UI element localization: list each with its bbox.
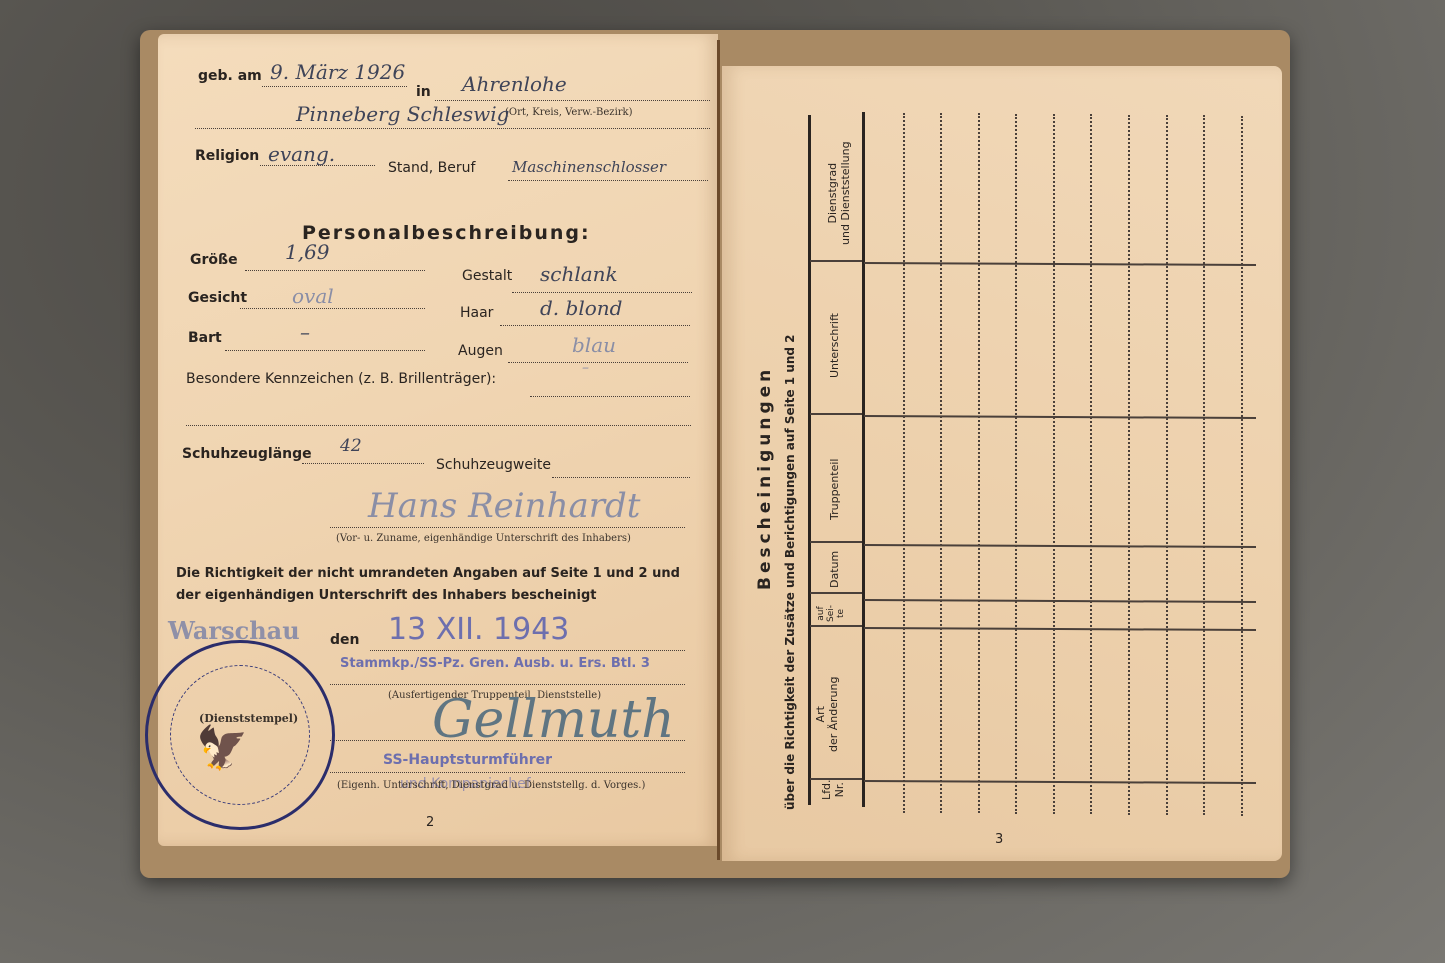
schuhzeugweite-line [552,477,690,478]
official-stamp-caption: (Dienststempel) [199,712,298,725]
col-datum: Datum [828,551,841,588]
entry-column-3 [978,113,980,813]
col-art-label-2: der Änderung [827,677,840,752]
holder-signature-caption: (Vor- u. Zuname, eigenhändige Unterschri… [336,533,631,544]
gestalt-value: schlank [540,262,618,286]
groesse-label: Größe [190,252,238,268]
table-left-border [808,115,811,805]
kennzeichen-line-2 [186,425,691,426]
officer-signature-line [330,740,685,741]
col-auf-label-2: Sei- [826,605,836,622]
header-separator [810,625,862,627]
birth-place-value-2: Pinneberg Schleswig [296,102,509,126]
col-dienstgrad-label-1: Dienstgrad [826,141,839,245]
birth-place-line-2 [195,128,710,129]
header-separator [810,541,862,543]
official-round-stamp: 🦅 [145,640,335,830]
schuhzeugweite-label: Schuhzeugweite [436,457,551,473]
kennzeichen-label: Besondere Kennzeichen (z. B. Brillenträg… [186,371,496,387]
col-dienstgrad: Dienstgrad und Dienststellung [826,141,852,245]
eagle-emblem-icon: 🦅 [196,723,248,773]
entry-column-10 [1241,116,1243,816]
birth-date-value: 9. März 1926 [270,60,405,84]
col-art-label-1: Art [814,677,827,752]
birth-place-line [435,100,710,101]
bart-line [225,350,425,351]
right-page-subtitle: über die Richtigkeit der Zusätze und Ber… [783,334,797,810]
gesicht-line [240,308,425,309]
holder-signature: Hans Reinhardt [368,486,640,526]
schuhzeuglaenge-line [302,463,424,464]
col-unterschrift: Unterschrift [828,313,841,378]
gesicht-value: oval [292,284,334,308]
col-truppenteil: Truppenteil [828,459,841,521]
unit-stamp: Stammkp./SS-Pz. Gren. Ausb. u. Ers. Btl.… [340,656,650,671]
col-dienstgrad-label-2: und Dienststellung [839,141,852,245]
right-page-number: 3 [995,832,1003,847]
haar-line [500,325,690,326]
entry-column-2 [940,113,942,813]
officer-rank-line [330,772,685,773]
groesse-value: 1,69 [285,240,330,264]
binding-stitch [717,40,720,860]
gesicht-label: Gesicht [188,290,247,306]
certification-text-2: der eigenhändigen Unterschrift des Inhab… [176,588,597,603]
bart-value: – [300,320,310,344]
gestalt-line [512,292,692,293]
header-separator [810,592,862,594]
entry-column-4 [1015,114,1017,814]
entry-column-6 [1090,114,1092,814]
certification-text-1: Die Richtigkeit der nicht umrandeten Ang… [176,566,680,581]
col-art-der-aenderung: Art der Änderung [814,677,840,752]
header-separator [810,260,862,262]
holder-signature-line [330,527,685,528]
left-page-number: 2 [426,815,434,830]
col-auf-label-3: te [836,605,846,622]
table-header-border [862,112,865,807]
augen-label: Augen [458,343,503,359]
section-title: Personalbeschreibung: [302,222,591,244]
religion-value: evang. [268,142,335,166]
entry-column-8 [1166,115,1168,815]
den-label: den [330,632,359,648]
date-stamp: 13 XII. 1943 [388,612,569,647]
col-lfd-nr: Lfd. Nr. [820,780,846,800]
gestalt-label: Gestalt [462,268,512,284]
header-separator [810,413,862,415]
entry-column-1 [903,113,905,813]
entry-column-7 [1128,115,1130,815]
schuhzeuglaenge-value: 42 [340,436,362,456]
birth-place-hint: (Ort, Kreis, Verw.-Bezirk) [505,107,633,118]
right-page-title: Bescheinigungen [755,366,775,590]
haar-label: Haar [460,305,493,321]
officer-signature: Gellmuth [432,690,675,750]
bart-label: Bart [188,330,222,346]
col-auf-label-1: auf [816,605,826,622]
col-lfd-label-2: Nr. [833,780,846,800]
birth-place-value: Ahrenlohe [462,72,567,96]
stand-beruf-label: Stand, Beruf [388,160,475,176]
stand-beruf-value: Maschinenschlosser [512,158,666,176]
kennzeichen-line [530,396,690,397]
col-lfd-label-1: Lfd. [820,780,833,800]
birth-date-label: geb. am [198,68,262,84]
augen-value: blau [572,333,616,357]
entry-column-9 [1203,115,1205,815]
augen-line [508,362,688,363]
birth-in-label: in [416,84,431,100]
entry-column-5 [1053,114,1055,814]
groesse-line [245,270,425,271]
birth-date-line [262,86,407,87]
religion-label: Religion [195,148,259,164]
open-booklet: geb. am 9. März 1926 in Ahrenlohe (Ort, … [0,0,1445,963]
kennzeichen-value: – [582,360,589,376]
haar-value: d. blond [540,296,622,320]
schuhzeuglaenge-label: Schuhzeuglänge [182,446,312,462]
officer-rank-stamp: SS-Hauptsturmführer [383,752,552,768]
col-auf-seite: auf Sei- te [816,605,846,622]
officer-caption: (Eigenh. Unterschrift, Dienstgrad u. Die… [337,780,645,791]
right-page [722,66,1282,861]
stand-beruf-line [508,180,708,181]
date-line [370,650,685,651]
unit-line [330,684,685,685]
